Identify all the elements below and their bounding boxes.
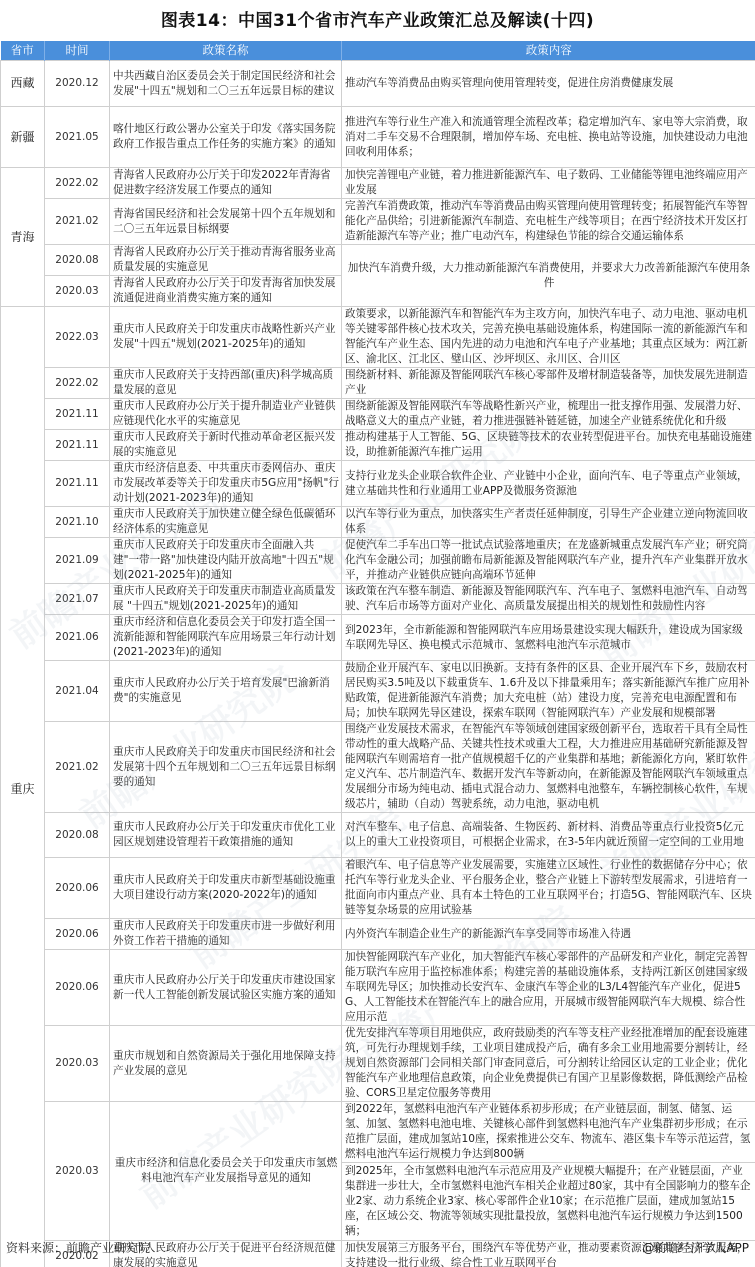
policy-name-cell: 重庆市人民政府关于印发重庆市进一步做好利用外资工作若干措施的通知 bbox=[110, 919, 342, 950]
date-cell: 2022.02 bbox=[45, 368, 110, 399]
province-cell: 青海 bbox=[1, 168, 45, 307]
policy-name-cell: 重庆市经济信息委、中共重庆市委网信办、重庆市发展改革委等关于印发重庆市5G应用"… bbox=[110, 461, 342, 507]
policy-name-cell: 重庆市人民政府办公厅关于提升制造业产业链供应链现代化水平的实施意见 bbox=[110, 399, 342, 430]
policy-content-cell: 以汽车等行业为重点，加快落实生产者责任延伸制度，引导生产企业建立逆向物流回收体系 bbox=[342, 507, 755, 538]
date-cell: 2021.05 bbox=[45, 107, 110, 168]
policy-content-cell: 该政策在汽车整车制造、新能源及智能网联汽车、汽车电子、氢燃料电池汽车、自动驾驶、… bbox=[342, 584, 755, 615]
date-cell: 2021.11 bbox=[45, 461, 110, 507]
policy-content-cell: 内外资汽车制造企业生产的新能源汽车享受同等市场准入待遇 bbox=[342, 919, 755, 950]
policy-name-cell: 青海省人民政府办公厅关于印发青海省加快发展流通促进商业消费实施方案的通知 bbox=[110, 276, 342, 307]
policy-name-cell: 喀什地区行政公署办公室关于印发《落实国务院政府工作报告重点工作任务的实施方案》的… bbox=[110, 107, 342, 168]
table-row: 青海 2022.02 青海省人民政府办公厅关于印发2022年青海省促进数字经济发… bbox=[1, 168, 755, 199]
table-row: 2021.07 重庆市人民政府关于印发重庆市制造业高质量发展 "十四五"规划(2… bbox=[1, 584, 755, 615]
column-header-date: 时间 bbox=[45, 41, 110, 61]
policy-content-cell: 围绕新材料、新能源及智能网联汽车核心零部件及增材制造装备等，加快发展先进制造产业 bbox=[342, 368, 755, 399]
date-cell: 2020.08 bbox=[45, 813, 110, 858]
date-cell: 2021.09 bbox=[45, 538, 110, 584]
table-row: 2020.06 重庆市人民政府关于印发重庆市进一步做好利用外资工作若干措施的通知… bbox=[1, 919, 755, 950]
date-cell: 2021.07 bbox=[45, 584, 110, 615]
policy-name-cell: 重庆市人民政府关于新时代推动革命老区振兴发展的实施意见 bbox=[110, 430, 342, 461]
date-cell: 2020.03 bbox=[45, 276, 110, 307]
policy-content-cell: 加快智能网联汽车产业化，加大智能汽车核心零部件的产品研发和产业化，制定完善智能万… bbox=[342, 950, 755, 1026]
date-cell: 2022.03 bbox=[45, 307, 110, 368]
policy-content-cell: 推动构建基于人工智能、5G、区块链等技术的农业转型促进平台。加快充电基础设施建设… bbox=[342, 430, 755, 461]
policy-name-cell: 青海省人民政府办公厅关于推动青海省服务业高质量发展的实施意见 bbox=[110, 245, 342, 276]
table-row: 2021.04 重庆市人民政府办公厅关于培育发展"巴渝新消费"的实施意见 鼓励企… bbox=[1, 661, 755, 722]
table-row: 2020.06 重庆市人民政府关于印发重庆市新型基础设施重大项目建设行动方案(2… bbox=[1, 858, 755, 919]
date-cell: 2020.06 bbox=[45, 858, 110, 919]
brand-credit: @前瞻经济学人APP bbox=[642, 1239, 749, 1256]
table-row: 2021.02 重庆市人民政府关于印发重庆市国民经济和社会发展第十四个五年规划和… bbox=[1, 722, 755, 813]
date-cell: 2021.06 bbox=[45, 615, 110, 661]
policy-name-cell: 中共西藏自治区委员会关于制定国民经济和社会发展"十四五"规划和二〇三五年远景目标… bbox=[110, 61, 342, 107]
policy-name-cell: 重庆市人民政府关于支持西部(重庆)科学城高质量发展的意见 bbox=[110, 368, 342, 399]
policy-name-cell: 青海省国民经济和社会发展第十四个五年规划和二〇三五年远景目标纲要 bbox=[110, 199, 342, 245]
table-row: 2021.06 重庆市经济和信息化委员会关于印发打造全国一流新能源和智能网联汽车… bbox=[1, 615, 755, 661]
policy-content-cell: 围绕新能源及智能网联汽车等战略性新兴产业，梳理出一批支撑作用强、发展潜力好、战略… bbox=[342, 399, 755, 430]
table-row: 2021.11 重庆市人民政府关于新时代推动革命老区振兴发展的实施意见 推动构建… bbox=[1, 430, 755, 461]
table-row: 新疆 2021.05 喀什地区行政公署办公室关于印发《落实国务院政府工作报告重点… bbox=[1, 107, 755, 168]
date-cell: 2020.12 bbox=[45, 61, 110, 107]
policy-content-cell: 鼓励企业开展汽车、家电以旧换新。支持有条件的区县、企业开展汽车下乡，鼓励农村居民… bbox=[342, 661, 755, 722]
column-header-province: 省市 bbox=[1, 41, 45, 61]
date-cell: 2020.06 bbox=[45, 950, 110, 1026]
table-row: 2021.09 重庆市人民政府关于印发重庆市全面融入共建"一带一路"加快建设内陆… bbox=[1, 538, 755, 584]
table-row: 2020.03 重庆市经济和信息化委员会关于印发重庆市氢燃料电池汽车产业发展指导… bbox=[1, 1102, 755, 1163]
policy-content-cell: 推动汽车等消费品由购买管理向使用管理转变，促进住房消费健康发展 bbox=[342, 61, 755, 107]
date-cell: 2020.08 bbox=[45, 245, 110, 276]
date-cell: 2020.06 bbox=[45, 919, 110, 950]
policy-name-cell: 重庆市人民政府关于印发重庆市制造业高质量发展 "十四五"规划(2021-2025… bbox=[110, 584, 342, 615]
policy-content-cell: 围绕产业发展技术需求，在智能汽车等领域创建国家级创新平台，选取若干具有全局性带动… bbox=[342, 722, 755, 813]
date-cell: 2021.11 bbox=[45, 430, 110, 461]
policy-name-cell: 重庆市人民政府关于加快建立健全绿色低碳循环经济体系的实施意见 bbox=[110, 507, 342, 538]
date-cell: 2021.02 bbox=[45, 199, 110, 245]
policy-table: 省市 时间 政策名称 政策内容 西藏 2020.12 中共西藏自治区委员会关于制… bbox=[0, 41, 755, 1267]
policy-content-cell: 支持行业龙头企业联合软件企业、产业链中小企业，面向汽车、电子等重点产业领域，建立… bbox=[342, 461, 755, 507]
source-note: 资料来源：前瞻产业研究院 bbox=[6, 1239, 150, 1256]
table-row: 2021.11 重庆市经济信息委、中共重庆市委网信办、重庆市发展改革委等关于印发… bbox=[1, 461, 755, 507]
policy-content-cell: 着眼汽车、电子信息等产业发展需要，实施建立区域性、行业性的数据储存分中心；依托汽… bbox=[342, 858, 755, 919]
date-cell: 2020.03 bbox=[45, 1026, 110, 1102]
policy-content-cell: 促使汽车二手车出口等一批试点试验落地重庆；在龙盛新城重点发展汽车产业；研究筒化汽… bbox=[342, 538, 755, 584]
table-row: 2020.03 重庆市规划和自然资源局关于强化用地保障支持产业发展的意见 优先安… bbox=[1, 1026, 755, 1102]
date-cell: 2022.02 bbox=[45, 168, 110, 199]
policy-content-cell: 政策要求，以新能源汽车和智能汽车为主攻方向，加快汽车电子、动力电池、驱动电机等关… bbox=[342, 307, 755, 368]
policy-name-cell: 重庆市人民政府关于印发重庆市战略性新兴产业发展"十四五"规划(2021-2025… bbox=[110, 307, 342, 368]
province-cell: 西藏 bbox=[1, 61, 45, 107]
date-cell: 2020.03 bbox=[45, 1102, 110, 1241]
policy-content-cell: 到2022年，氢燃料电池汽车产业链体系初步形成；在产业链层面，制氢、储氢、运氢、… bbox=[342, 1102, 755, 1163]
policy-content-cell: 到2023年，全市新能源和智能网联汽车应用场景建设实现大幅跃升，建设成为国家级车… bbox=[342, 615, 755, 661]
table-row: 2021.11 重庆市人民政府办公厅关于提升制造业产业链供应链现代化水平的实施意… bbox=[1, 399, 755, 430]
footer: 资料来源：前瞻产业研究院 @前瞻经济学人APP bbox=[6, 1237, 749, 1259]
policy-name-cell: 重庆市经济和信息化委员会关于印发打造全国一流新能源和智能网联汽车应用场景三年行动… bbox=[110, 615, 342, 661]
policy-content-cell: 加快完善锂电产业链，着力推进新能源汽车、电子数码、工业储能等锂电池终端应用产业发… bbox=[342, 168, 755, 199]
policy-content-cell: 加快汽车消费升级，大力推动新能源汽车消费使用，并要求大力改善新能源汽车使用条件 bbox=[342, 245, 755, 307]
table-row: 2021.02 青海省国民经济和社会发展第十四个五年规划和二〇三五年远景目标纲要… bbox=[1, 199, 755, 245]
date-cell: 2021.10 bbox=[45, 507, 110, 538]
policy-name-cell: 重庆市人民政府办公厅关于印发重庆市建设国家新一代人工智能创新发展试验区实施方案的… bbox=[110, 950, 342, 1026]
policy-name-cell: 重庆市人民政府关于印发重庆市国民经济和社会发展第十四个五年规划和二〇三五年远景目… bbox=[110, 722, 342, 813]
table-row: 西藏 2020.12 中共西藏自治区委员会关于制定国民经济和社会发展"十四五"规… bbox=[1, 61, 755, 107]
province-cell: 新疆 bbox=[1, 107, 45, 168]
policy-name-cell: 重庆市规划和自然资源局关于强化用地保障支持产业发展的意见 bbox=[110, 1026, 342, 1102]
policy-name-cell: 重庆市人民政府关于印发重庆市全面融入共建"一带一路"加快建设内陆开放高地"十四五… bbox=[110, 538, 342, 584]
table-row: 2020.08 重庆市人民政府办公厅关于印发重庆市优化工业园区规划建设管理若干政… bbox=[1, 813, 755, 858]
column-header-policy-content: 政策内容 bbox=[342, 41, 755, 61]
policy-content-cell: 完善汽车消费政策，推动汽车等消费品由购买管理向使用管理转变；拓展智能汽车等智能化… bbox=[342, 199, 755, 245]
policy-content-cell: 推进汽车等行业生产准入和流通管理全流程改革；稳定增加汽车、家电等大宗消费，取消对… bbox=[342, 107, 755, 168]
policy-name-cell: 重庆市人民政府关于印发重庆市新型基础设施重大项目建设行动方案(2020-2022… bbox=[110, 858, 342, 919]
province-cell: 重庆 bbox=[1, 307, 45, 1267]
table-header-row: 省市 时间 政策名称 政策内容 bbox=[1, 41, 755, 61]
table-row: 2022.02 重庆市人民政府关于支持西部(重庆)科学城高质量发展的意见 围绕新… bbox=[1, 368, 755, 399]
date-cell: 2021.02 bbox=[45, 722, 110, 813]
table-row: 2020.06 重庆市人民政府办公厅关于印发重庆市建设国家新一代人工智能创新发展… bbox=[1, 950, 755, 1026]
policy-content-cell: 对汽车整车、电子信息、高端装备、生物医药、新材料、消费品等重点行业投资5亿元以上… bbox=[342, 813, 755, 858]
table-row: 重庆 2022.03 重庆市人民政府关于印发重庆市战略性新兴产业发展"十四五"规… bbox=[1, 307, 755, 368]
table-row: 2021.10 重庆市人民政府关于加快建立健全绿色低碳循环经济体系的实施意见 以… bbox=[1, 507, 755, 538]
policy-name-cell: 重庆市人民政府办公厅关于培育发展"巴渝新消费"的实施意见 bbox=[110, 661, 342, 722]
chart-title: 图表14：中国31个省市汽车产业政策汇总及解读(十四) bbox=[0, 0, 755, 42]
policy-name-cell: 重庆市人民政府办公厅关于印发重庆市优化工业园区规划建设管理若干政策措施的通知 bbox=[110, 813, 342, 858]
date-cell: 2021.04 bbox=[45, 661, 110, 722]
date-cell: 2021.11 bbox=[45, 399, 110, 430]
policy-content-cell: 到2025年，全市氢燃料电池汽车示范应用及产业规模大幅提升；在产业链层面，产业集… bbox=[342, 1163, 755, 1241]
policy-content-cell: 优先安排汽车等项目用地供应，政府鼓励类的汽车等支柱产业经批准增加的配套设施建筑，… bbox=[342, 1026, 755, 1102]
table-row: 2020.08 青海省人民政府办公厅关于推动青海省服务业高质量发展的实施意见 加… bbox=[1, 245, 755, 276]
policy-name-cell: 青海省人民政府办公厅关于印发2022年青海省促进数字经济发展工作要点的通知 bbox=[110, 168, 342, 199]
column-header-policy-name: 政策名称 bbox=[110, 41, 342, 61]
policy-name-cell: 重庆市经济和信息化委员会关于印发重庆市氢燃料电池汽车产业发展指导意见的通知 bbox=[110, 1102, 342, 1241]
